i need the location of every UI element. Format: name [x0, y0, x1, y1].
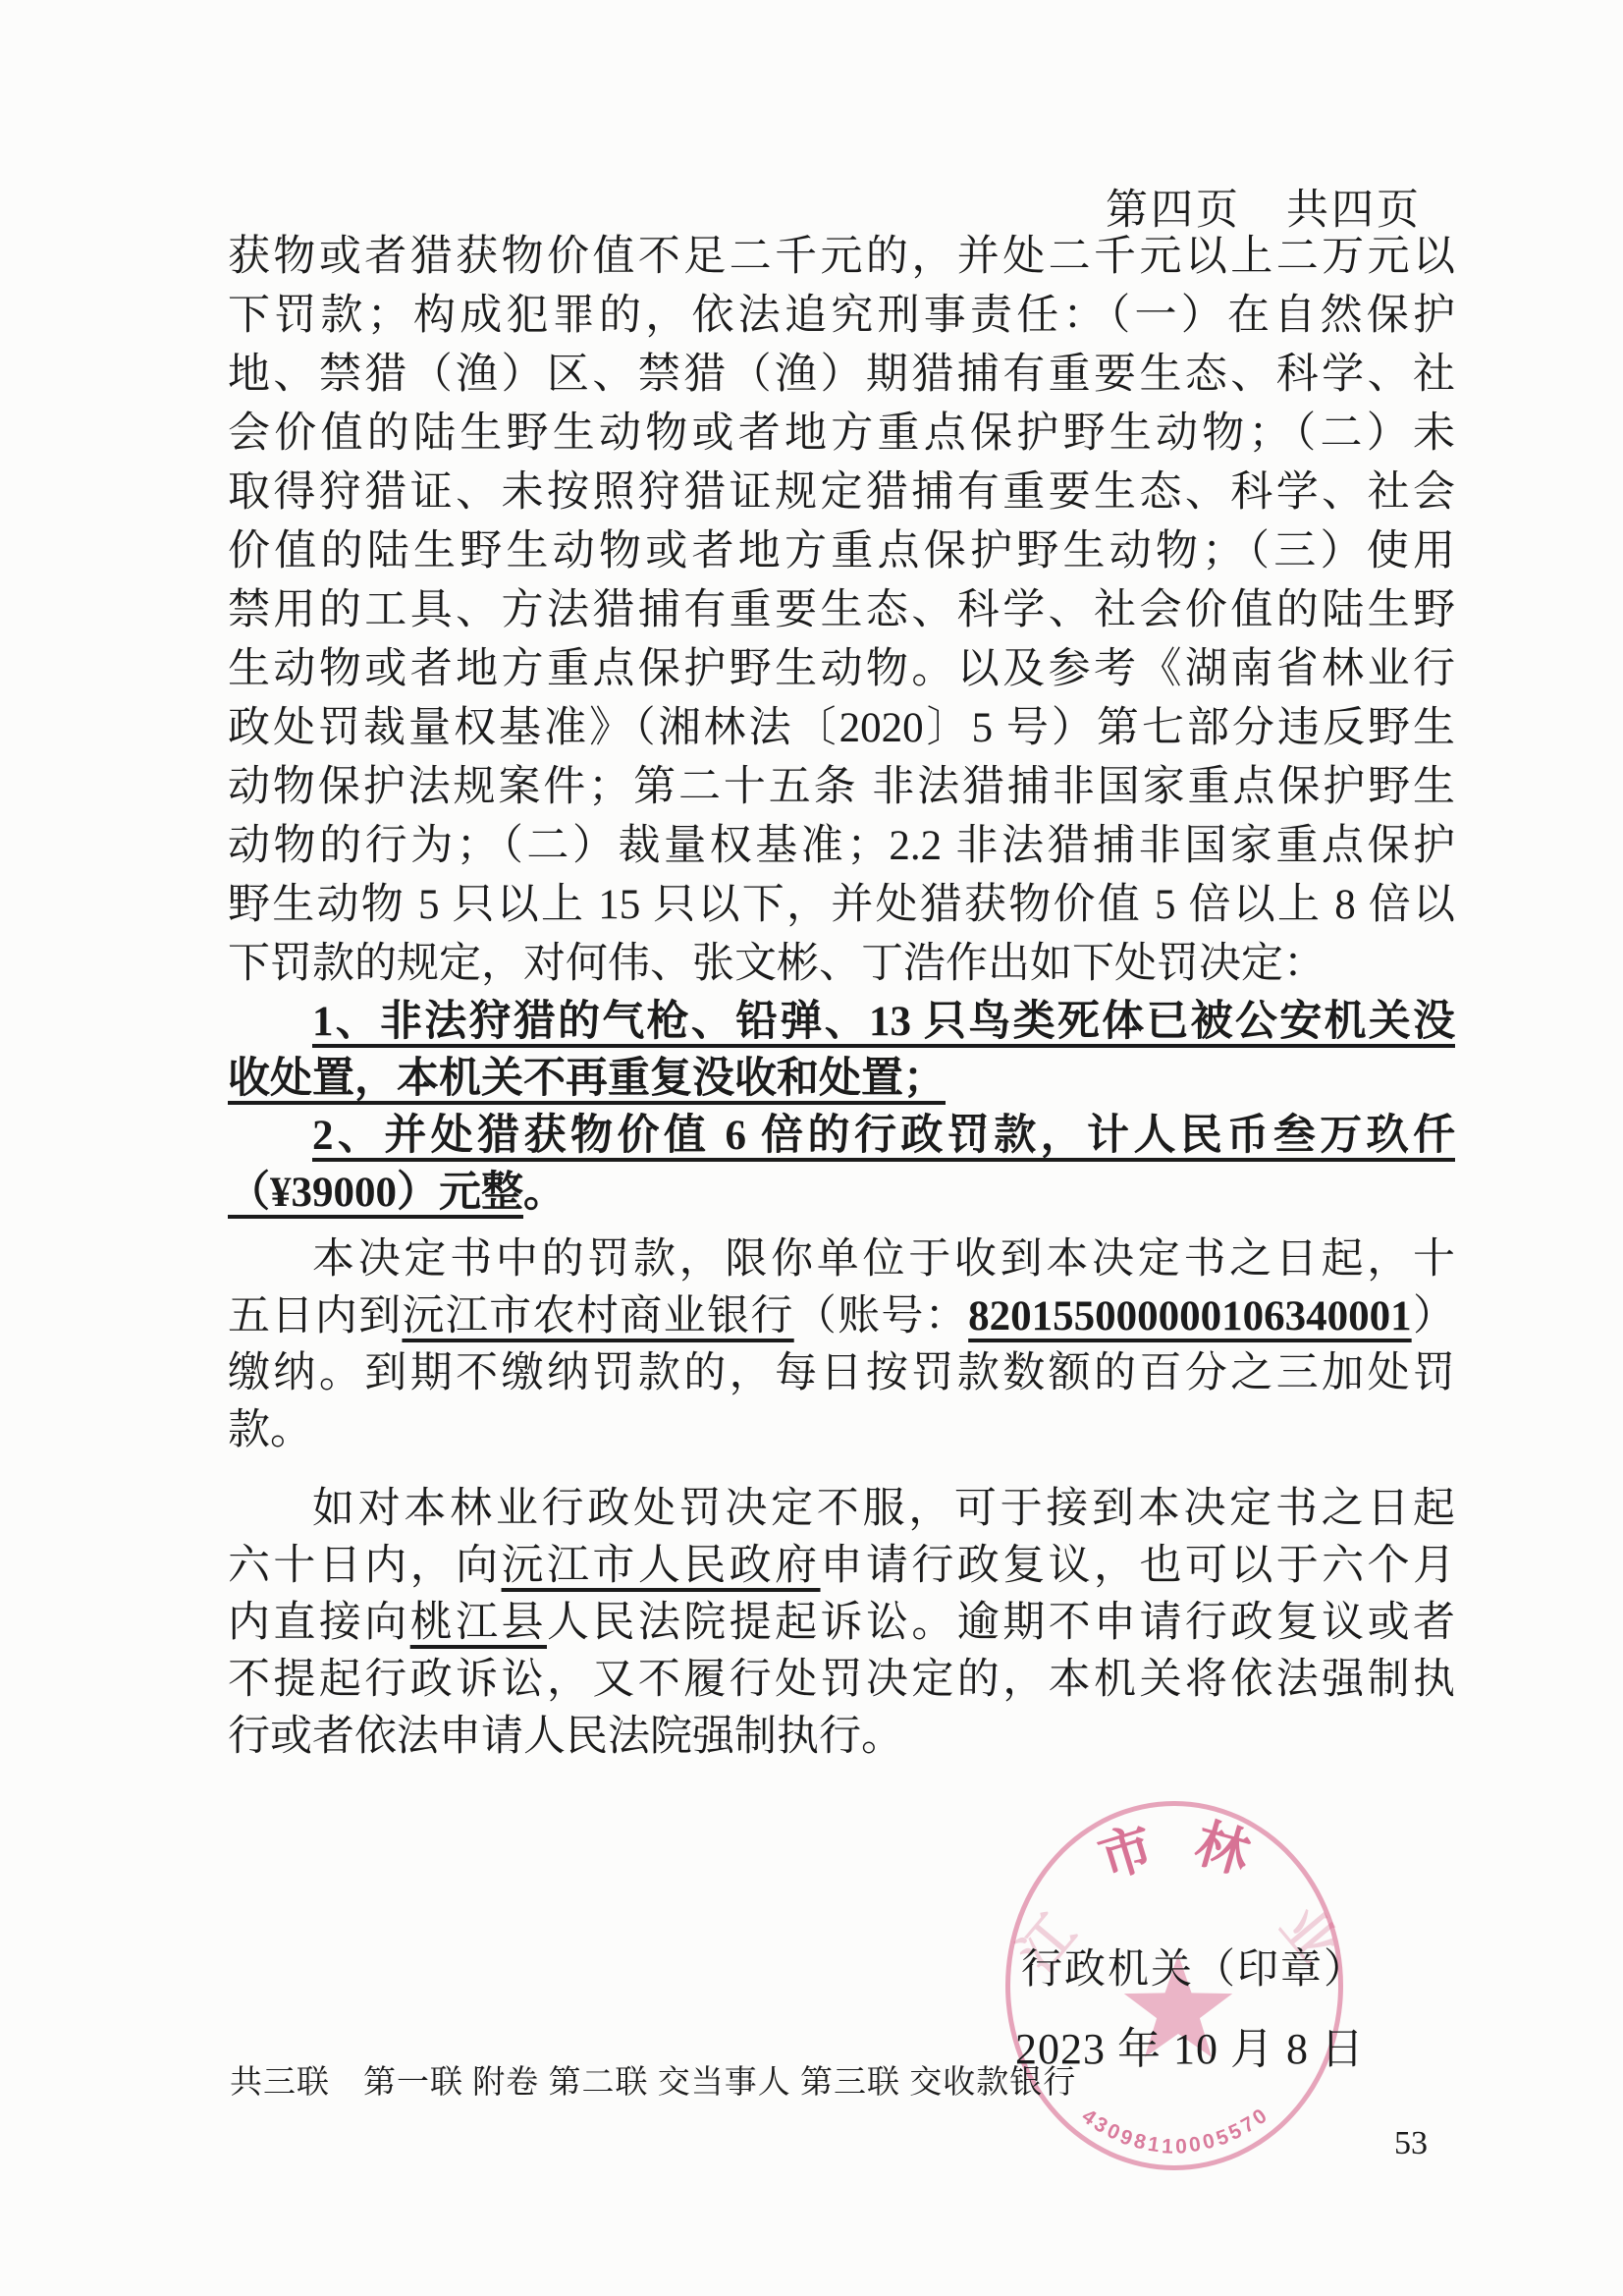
- text-segment: 取得狩猎证、未按照狩猎证规定猎捕有重要生态、科学、社会: [228, 469, 1455, 516]
- text-segment: 不提起行政诉讼，又不履行处罚决定的，本机关将依法强制执: [228, 1657, 1455, 1703]
- copies-distribution-note: 共三联 第一联 附卷 第二联 交当事人 第三联 交收款银行: [230, 2056, 1076, 2103]
- text-line: 野生动物 5 只以上 15 只以下，并处猎获物价值 5 倍以上 8 倍以: [228, 876, 1455, 935]
- text-segment: 地、禁猎（渔）区、禁猎（渔）期猎捕有重要生态、科学、社: [228, 352, 1455, 398]
- text-line: 动物保护法规案件；第二十五条 非法猎捕非国家重点保护野生: [228, 758, 1455, 817]
- stamp-serial-digit: 0: [1175, 2136, 1188, 2158]
- underlined-text: 2、并处猎获物价值 6 倍的行政罚款，计人民币叁万玖仟: [312, 1113, 1455, 1159]
- text-segment: （账号：: [794, 1293, 968, 1339]
- text-line: 禁用的工具、方法猎捕有重要生态、科学、社会价值的陆生野: [228, 581, 1455, 640]
- text-line: 五日内到沅江市农村商业银行（账号：820155000000106340001）: [228, 1288, 1455, 1345]
- text-line: 行或者依法申请人民法院强制执行。: [228, 1709, 1455, 1766]
- text-segment: 禁用的工具、方法猎捕有重要生态、科学、社会价值的陆生野: [228, 587, 1455, 633]
- text-line: 获物或者猎获物价值不足二千元的，并处二千元以上二万元以: [228, 228, 1455, 287]
- text-segment: 会价值的陆生野生动物或者地方重点保护野生动物；（二）未: [228, 410, 1455, 457]
- text-line: 款。: [228, 1402, 1455, 1459]
- text-line: 本决定书中的罚款，限你单位于收到本决定书之日起，十: [228, 1231, 1455, 1288]
- text-segment: 人民法院提起诉讼。逾期不申请行政复议或者: [547, 1600, 1455, 1646]
- text-segment: ）: [1412, 1293, 1455, 1339]
- underlined-text: 820155000000106340001: [968, 1293, 1412, 1339]
- text-line: 下罚款；构成犯罪的，依法追究刑事责任：（一）在自然保护: [228, 287, 1455, 346]
- text-line: 价值的陆生野生动物或者地方重点保护野生动物；（三）使用: [228, 522, 1455, 581]
- text-line: 六十日内，向沅江市人民政府申请行政复议，也可以于六个月: [228, 1538, 1455, 1595]
- underlined-text: 桃江县: [410, 1600, 547, 1646]
- underlined-text: 收处置，本机关不再重复没收和处置；: [228, 1056, 946, 1102]
- text-segment: 动物保护法规案件；第二十五条 非法猎捕非国家重点保护野生: [228, 764, 1455, 810]
- underlined-text: 沅江市农村商业银行: [402, 1293, 793, 1339]
- paragraph-payment-instructions: 本决定书中的罚款，限你单位于收到本决定书之日起，十五日内到沅江市农村商业银行（账…: [228, 1231, 1455, 1459]
- text-line: 生动物或者地方重点保护野生动物。以及参考《湖南省林业行: [228, 640, 1455, 699]
- text-segment: 下罚款的规定，对何伟、张文彬、丁浩作出如下处罚决定：: [228, 941, 1325, 987]
- text-segment: 本决定书中的罚款，限你单位于收到本决定书之日起，十: [312, 1236, 1455, 1283]
- text-segment: 内直接向: [228, 1600, 410, 1646]
- penalty-item-2: 2、并处猎获物价值 6 倍的行政罚款，计人民币叁万玖仟（¥39000）元整。: [228, 1108, 1455, 1222]
- underlined-text: 沅江市人民政府: [502, 1543, 821, 1589]
- issuing-authority-line: 行政机关（印章）: [1021, 1937, 1367, 1995]
- text-segment: 申请行政复议，也可以于六个月: [821, 1543, 1455, 1589]
- text-line: 1、非法狩猎的气枪、铅弹、13 只鸟类死体已被公安机关没: [228, 994, 1455, 1051]
- text-segment: 。: [523, 1170, 566, 1216]
- text-line: 会价值的陆生野生动物或者地方重点保护野生动物；（二）未: [228, 405, 1455, 464]
- text-segment: 款。: [228, 1407, 312, 1453]
- text-line: （¥39000）元整。: [228, 1165, 1455, 1222]
- text-segment: 生动物或者地方重点保护野生动物。以及参考《湖南省林业行: [228, 646, 1455, 692]
- stamp-serial-digit: 1: [1162, 2136, 1174, 2158]
- paragraph-appeal-rights: 如对本林业行政处罚决定不服，可于接到本决定书之日起六十日内，向沅江市人民政府申请…: [228, 1481, 1455, 1766]
- text-line: 内直接向桃江县人民法院提起诉讼。逾期不申请行政复议或者: [228, 1595, 1455, 1652]
- text-line: 政处罚裁量权基准》（湘林法〔2020〕5 号）第七部分违反野生: [228, 699, 1455, 758]
- text-segment: 野生动物 5 只以上 15 只以下，并处猎获物价值 5 倍以上 8 倍以: [228, 882, 1455, 928]
- text-segment: 动物的行为；（二）裁量权基准；2.2 非法猎捕非国家重点保护: [228, 823, 1455, 869]
- text-segment: 缴纳。到期不缴纳罚款的，每日按罚款数额的百分之三加处罚: [228, 1350, 1455, 1396]
- text-line: 地、禁猎（渔）区、禁猎（渔）期猎捕有重要生态、科学、社: [228, 346, 1455, 405]
- underlined-text: 1、非法狩猎的气枪、铅弹、13 只鸟类死体已被公安机关没: [312, 999, 1455, 1045]
- text-line: 下罚款的规定，对何伟、张文彬、丁浩作出如下处罚决定：: [228, 935, 1455, 994]
- text-line: 动物的行为；（二）裁量权基准；2.2 非法猎捕非国家重点保护: [228, 817, 1455, 876]
- text-segment: 五日内到: [228, 1293, 402, 1339]
- paragraph-penalty-legal-basis: 获物或者猎获物价值不足二千元的，并处二千元以上二万元以下罚款；构成犯罪的，依法追…: [228, 228, 1455, 994]
- text-line: 如对本林业行政处罚决定不服，可于接到本决定书之日起: [228, 1481, 1455, 1538]
- underlined-text: （¥39000）元整: [228, 1170, 523, 1216]
- text-segment: 获物或者猎获物价值不足二千元的，并处二千元以上二万元以: [228, 234, 1455, 280]
- text-line: 收处置，本机关不再重复没收和处置；: [228, 1051, 1455, 1108]
- text-line: 2、并处猎获物价值 6 倍的行政罚款，计人民币叁万玖仟: [228, 1108, 1455, 1165]
- text-segment: 行或者依法申请人民法院强制执行。: [228, 1714, 903, 1760]
- text-segment: 如对本林业行政处罚决定不服，可于接到本决定书之日起: [312, 1486, 1455, 1532]
- text-segment: 六十日内，向: [228, 1543, 502, 1589]
- penalty-item-1: 1、非法狩猎的气枪、铅弹、13 只鸟类死体已被公安机关没收处置，本机关不再重复没…: [228, 994, 1455, 1108]
- scanned-penalty-decision-page: 市 林 江 业 43098110005570 第四页 共四页 获物或者猎获物价值…: [0, 0, 1623, 2296]
- text-line: 取得狩猎证、未按照狩猎证规定猎捕有重要生态、科学、社会: [228, 464, 1455, 522]
- text-segment: 价值的陆生野生动物或者地方重点保护野生动物；（三）使用: [228, 528, 1455, 574]
- text-segment: 下罚款；构成犯罪的，依法追究刑事责任：（一）在自然保护: [228, 293, 1455, 339]
- text-line: 缴纳。到期不缴纳罚款的，每日按罚款数额的百分之三加处罚: [228, 1345, 1455, 1402]
- page-number: 53: [1394, 2125, 1428, 2162]
- text-line: 不提起行政诉讼，又不履行处罚决定的，本机关将依法强制执: [228, 1652, 1455, 1709]
- stamp-serial-digit: 1: [1146, 2134, 1161, 2156]
- text-segment: 政处罚裁量权基准》（湘林法〔2020〕5 号）第七部分违反野生: [228, 705, 1455, 751]
